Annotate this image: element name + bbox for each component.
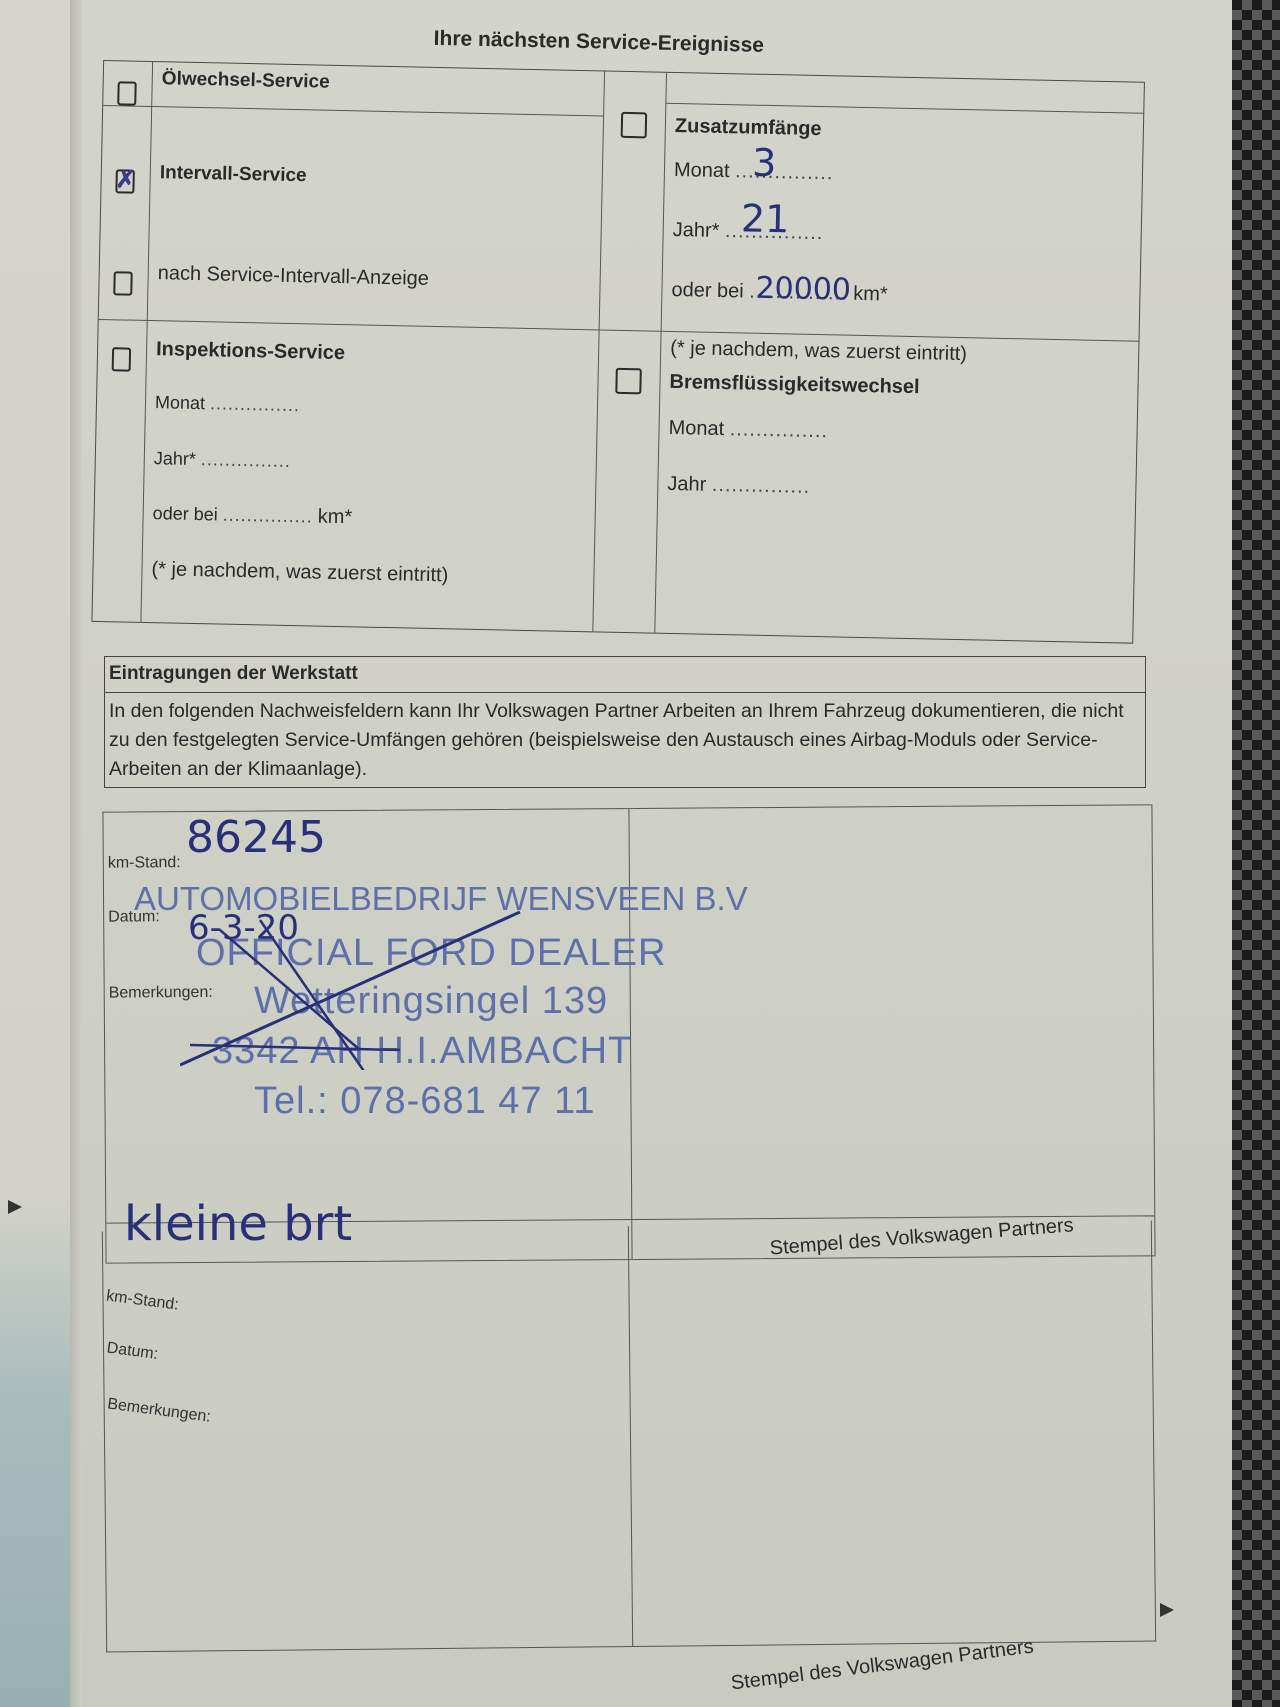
oil-change-label: Ölwechsel-Service [162,68,330,94]
page-arrow-marker-left [8,1200,22,1214]
brake-fluid-year-field[interactable]: Jahr ............... [667,473,810,499]
handwritten-km: 20000 [755,271,851,308]
inspection-service-checkbox[interactable] [112,347,131,371]
oil-change-checkbox[interactable] [117,81,136,105]
page-fold [70,0,82,1707]
grid-divider [103,105,603,116]
km-label: km-Stand: [108,854,181,873]
adjacent-page-edge [0,0,70,1707]
km-label: km-Stand: [105,1287,180,1314]
blank-line: ............... [201,449,291,471]
grid-divider [140,62,153,622]
blank-line: ............... [729,418,828,442]
next-service-events-section: Ihre nächsten Service-Ereignisse Ölwechs… [91,20,1144,654]
month-label: Monat [668,417,724,440]
grid-divider [99,319,1139,342]
handwritten-year: 21 [741,196,790,241]
pen-cross-out-mark [180,910,560,1070]
remarks-label: Bemerkungen: [106,1395,212,1426]
inspection-footnote: (* je nachdem, was zuerst eintritt) [151,558,448,587]
service-indicator-checkbox[interactable] [113,271,132,295]
blank-line: ............... [712,474,811,498]
additional-scope-checkbox[interactable] [621,112,648,139]
page-arrow-marker-right [1160,1603,1174,1617]
inspection-month-field[interactable]: Monat ............... [155,392,300,416]
workshop-entry-2: km-Stand: Datum: Bemerkungen: [102,1221,1156,1653]
year-label: Jahr* [672,219,719,242]
handwritten-month: 3 [752,141,777,185]
brake-fluid-checkbox[interactable] [615,368,642,395]
interval-service-checkbox[interactable] [115,169,134,193]
brake-fluid-month-field[interactable]: Monat ............... [668,417,828,443]
km-unit: km* [318,506,353,529]
workshop-title: Eintragungen der Werkstatt [105,657,1145,693]
month-label: Monat [155,392,205,413]
inspection-km-field[interactable]: oder bei ............... km* [152,502,352,529]
km-prefix: oder bei [671,279,744,303]
additional-scope-label: Zusatzumfänge [675,115,822,141]
blank-line: ............... [735,160,834,184]
inspection-year-field[interactable]: Jahr* ............... [154,448,291,472]
checkered-background [1232,0,1280,1707]
workshop-entries-box: Eintragungen der Werkstatt In den folgen… [104,656,1146,788]
blank-line: ............... [210,393,300,415]
grid-divider [592,71,605,631]
interval-service-label: Intervall-Service [160,162,307,187]
brake-fluid-label: Bremsflüssigkeitswechsel [669,371,920,399]
service-events-grid: Ölwechsel-Service Intervall-Service nach… [91,60,1145,644]
grid-divider [654,73,667,633]
handwritten-km-reading: 86245 [186,812,326,863]
blank-line: ............... [223,505,313,527]
year-label: Jahr* [154,448,196,469]
dealer-stamp-line5: Tel.: 078-681 47 11 [254,1080,596,1123]
year-label: Jahr [667,473,706,496]
grid-divider [665,103,1143,114]
date-label: Datum: [106,1339,159,1363]
additional-footnote: (* je nachdem, was zuerst eintritt) [670,337,967,366]
workshop-description: In den folgenden Nachweisfeldern kann Ih… [109,697,1133,784]
service-indicator-label: nach Service-Intervall-Anzeige [157,262,429,291]
inspection-service-label: Inspektions-Service [156,338,345,365]
month-label: Monat [674,159,730,182]
entry-divider [628,1226,633,1646]
km-unit: km* [853,283,888,306]
km-prefix: oder bei [152,503,217,524]
